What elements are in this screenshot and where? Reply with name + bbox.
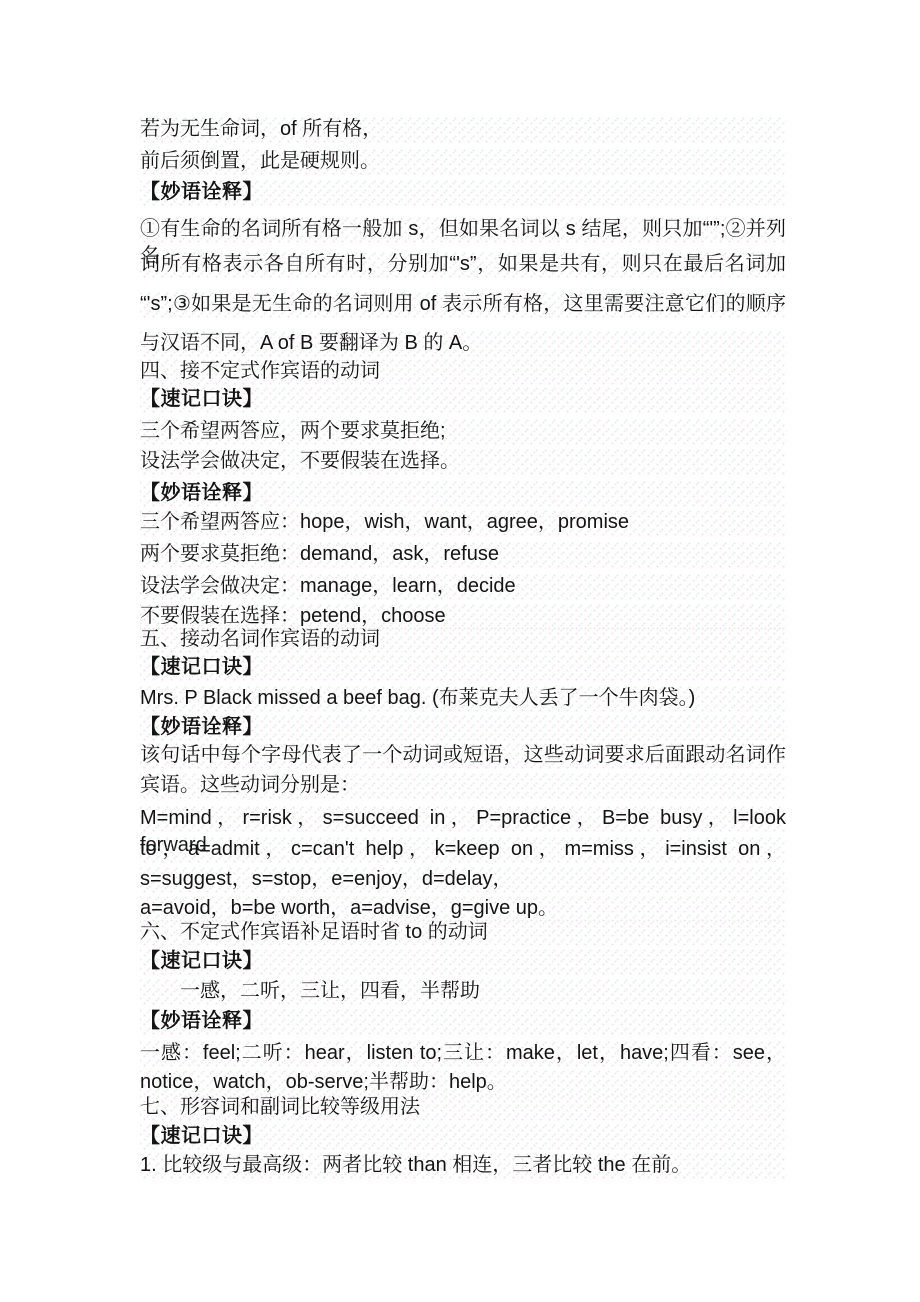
explanation-text: 三个希望两答应：hope，wish，want，agree，promise (140, 509, 786, 537)
explanation-heading: 【妙语诠释】 (140, 179, 786, 207)
explanation-text: s=suggest，s=stop，e=enjoy，d=delay， (140, 866, 786, 894)
explanation-text: 宾语。这些动词分别是： (140, 772, 786, 800)
section-title: 六、不定式作宾语补足语时省 to 的动词 (140, 919, 786, 947)
explanation-text: 一感：feel;二听：hear，listen to;三让：make，let，ha… (140, 1040, 786, 1068)
explanation-heading: 【妙语诠释】 (140, 1008, 786, 1036)
mnemonic-heading: 【速记口诀】 (140, 654, 786, 682)
mnemonic-line: Mrs. P Black missed a beef bag. (布莱克夫人丢了… (140, 685, 786, 713)
explanation-text: 与汉语不同，A of B 要翻译为 B 的 A。 (140, 330, 786, 358)
explanation-text: 两个要求莫拒绝：demand，ask，refuse (140, 541, 786, 569)
mnemonic-heading: 【速记口诀】 (140, 386, 786, 414)
explanation-heading: 【妙语诠释】 (140, 480, 786, 508)
explanation-text: notice，watch，ob-serve;半帮助：help。 (140, 1069, 786, 1097)
explanation-text: 词所有格表示各自所有时，分别加“'s”，如果是共有，则只在最后名词加 (140, 251, 786, 279)
explanation-text: 设法学会做决定：manage，learn，decide (140, 573, 786, 601)
explanation-text: to，a=admit，c=can't help，k=keep on，m=miss… (140, 836, 786, 864)
mnemonic-line: 一感，二听，三让，四看，半帮助 (140, 978, 786, 1006)
mnemonic-line: 前后须倒置，此是硬规则。 (140, 148, 786, 176)
section-title: 七、形容词和副词比较等级用法 (140, 1094, 786, 1122)
section-title: 五、接动名词作宾语的动词 (140, 626, 786, 654)
mnemonic-heading: 【速记口诀】 (140, 1123, 786, 1151)
mnemonic-line: 设法学会做决定，不要假装在选择。 (140, 448, 786, 476)
document-page: 若为无生命词，of 所有格， 前后须倒置，此是硬规则。 【妙语诠释】 ①有生命的… (0, 0, 920, 1302)
explanation-heading: 【妙语诠释】 (140, 714, 786, 742)
mnemonic-line: 三个希望两答应，两个要求莫拒绝; (140, 418, 786, 446)
explanation-text: ①有生命的名词所有格一般加 s，但如果名词以 s 结尾，则只加“'”;②并列名 (140, 216, 786, 244)
explanation-text: M=mind，r=risk，s=succeed in，P=practice，B=… (140, 805, 786, 833)
mnemonic-line: 1. 比较级与最高级：两者比较 than 相连，三者比较 the 在前。 (140, 1152, 786, 1180)
explanation-text: “'s”;③如果是无生命的名词则用 of 表示所有格，这里需要注意它们的顺序 (140, 291, 786, 319)
mnemonic-heading: 【速记口诀】 (140, 948, 786, 976)
mnemonic-line: 若为无生命词，of 所有格， (140, 116, 786, 144)
section-title: 四、接不定式作宾语的动词 (140, 358, 786, 386)
explanation-text: 该句话中每个字母代表了一个动词或短语，这些动词要求后面跟动名词作 (140, 742, 786, 770)
